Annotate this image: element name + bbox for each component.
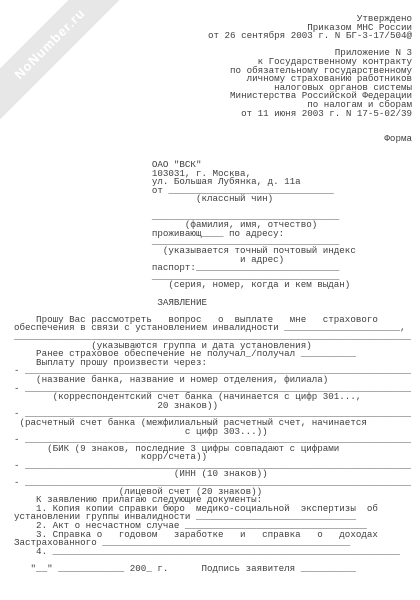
doc-line: 4. _____________________________________… <box>14 548 412 557</box>
doc-line: (классный чин) <box>14 195 412 204</box>
doc-line <box>14 118 412 127</box>
doc-line <box>14 127 412 136</box>
doc-line: (серия, номер, когда и кем выдан) <box>14 281 412 290</box>
application-form-document: УтвержденоПриказом МНС Россииот 26 сентя… <box>0 15 420 574</box>
doc-line: Форма <box>14 135 412 144</box>
annex-reference-block: Приложение N 3к Государственному контрак… <box>14 49 412 135</box>
application-body-block: Прошу Вас рассмотреть вопрос о выплате м… <box>14 316 412 574</box>
doc-line: "__" ____________ 200_ г. Подпись заявит… <box>14 565 412 574</box>
doc-line: от 11 июня 2003 г. N 17-5-02/39 <box>14 110 412 119</box>
doc-line <box>14 144 412 153</box>
doc-line: ЗАЯВЛЕНИЕ <box>14 299 412 308</box>
document-page: NoNumber.ru УтвержденоПриказом МНС Росси… <box>0 0 420 600</box>
form-type-label-block: Форма <box>14 135 412 161</box>
recipient-address-block: ОАО "ВСК" 103031, г. Москва, ул. Большая… <box>14 161 412 299</box>
